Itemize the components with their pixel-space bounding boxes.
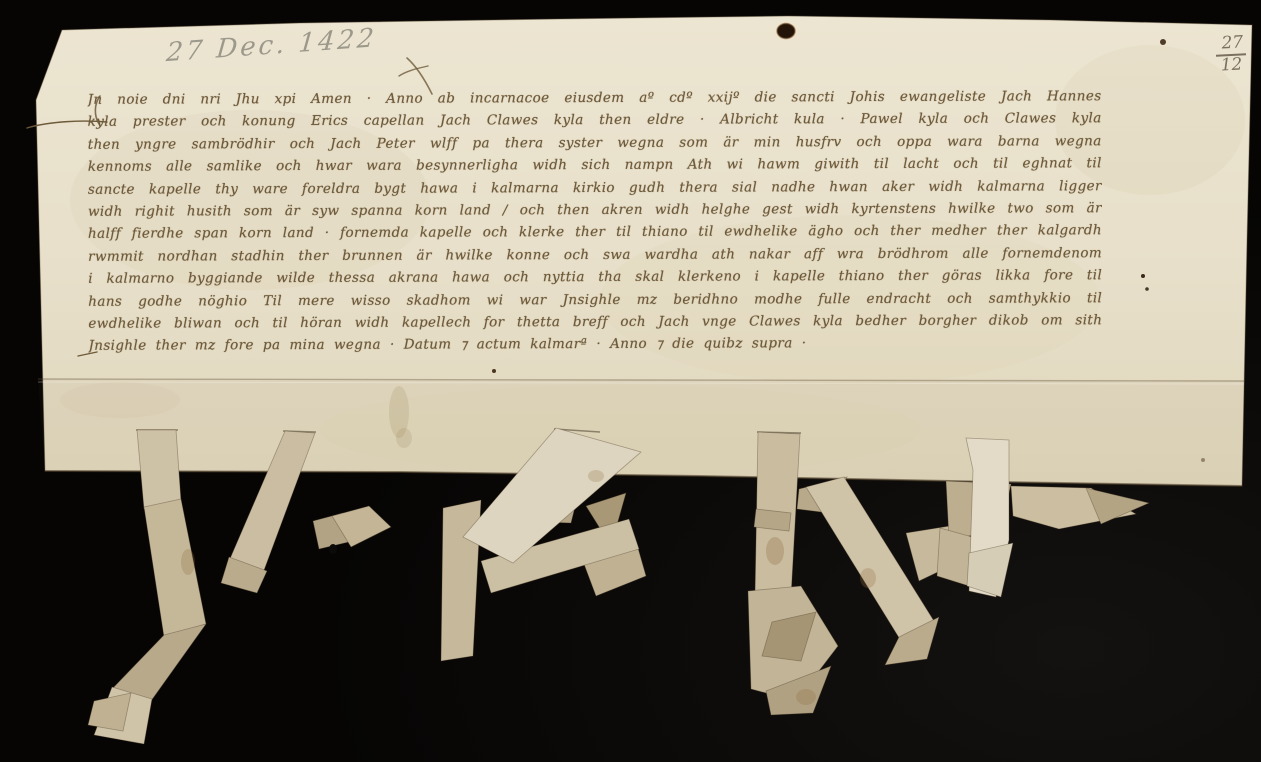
plica-fold [38,379,1244,486]
manuscript-line: halff fierdhe span korn land · fornemda … [88,220,1102,246]
manuscript-line: i kalmarno byggiande wilde thessa akrana… [88,264,1102,290]
archive-number-numerator: 27 [1213,34,1248,54]
archive-number: 27 12 [1213,34,1249,75]
manuscript-text: Jn noie dni nri Jhu xpi Amen · Anno ab i… [88,85,1103,361]
manuscript-line: kennoms alle samlike och hwar wara besyn… [88,152,1102,178]
filing-hole [777,24,795,39]
pin-hole [1160,39,1166,45]
manuscript-line: kyla prester och konung Erics capellan J… [88,108,1102,134]
manuscript-line: ewdhelike bliwan och til höran widh kape… [88,309,1102,335]
archive-number-denominator: 12 [1214,56,1249,76]
photo-stage: Jn noie dni nri Jhu xpi Amen · Anno ab i… [0,0,1261,762]
manuscript-line: Jnsighle ther mz fore pa mina wegna · Da… [88,333,806,358]
